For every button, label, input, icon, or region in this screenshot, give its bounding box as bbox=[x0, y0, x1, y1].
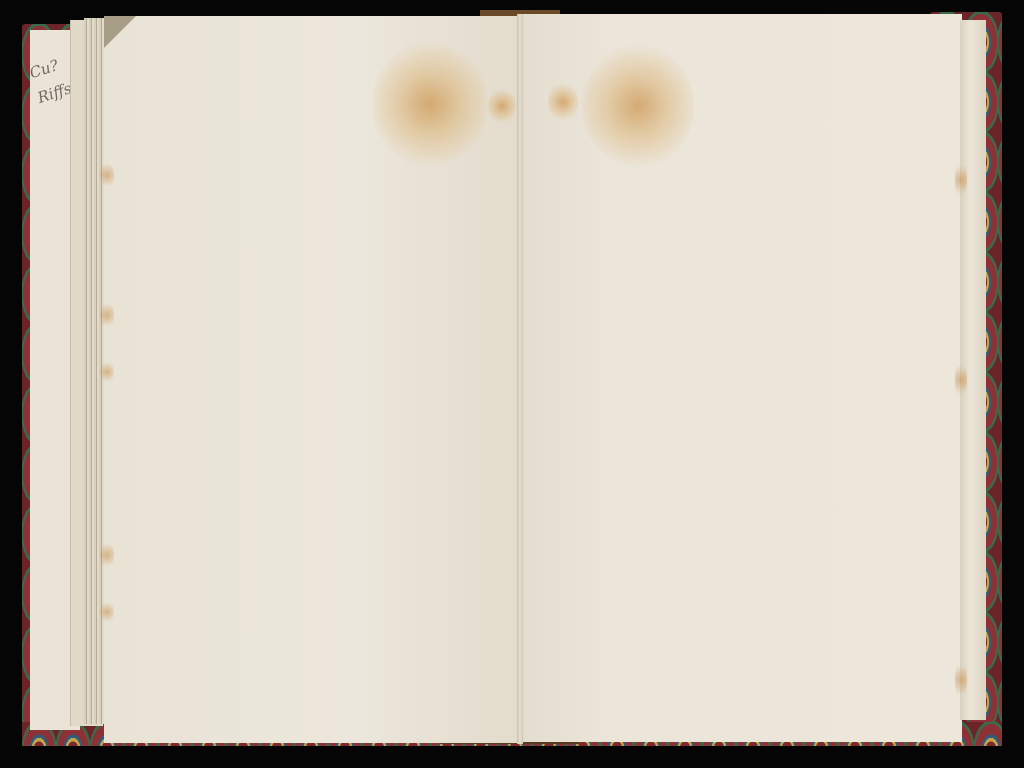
edge-stain bbox=[955, 160, 967, 200]
foxing-spots-left bbox=[488, 88, 516, 124]
edge-stain bbox=[955, 360, 967, 400]
edge-stain bbox=[100, 160, 114, 190]
foxing-spots-right bbox=[548, 82, 578, 122]
book-gutter bbox=[517, 14, 523, 744]
edge-stain bbox=[100, 600, 114, 624]
edge-stain bbox=[100, 360, 114, 384]
left-page-corner bbox=[104, 16, 136, 48]
edge-stain bbox=[100, 540, 114, 570]
edge-stain bbox=[955, 660, 967, 700]
foxing-stain-left bbox=[372, 42, 488, 166]
edge-stain bbox=[100, 300, 114, 330]
foxing-stain-right bbox=[582, 44, 694, 168]
